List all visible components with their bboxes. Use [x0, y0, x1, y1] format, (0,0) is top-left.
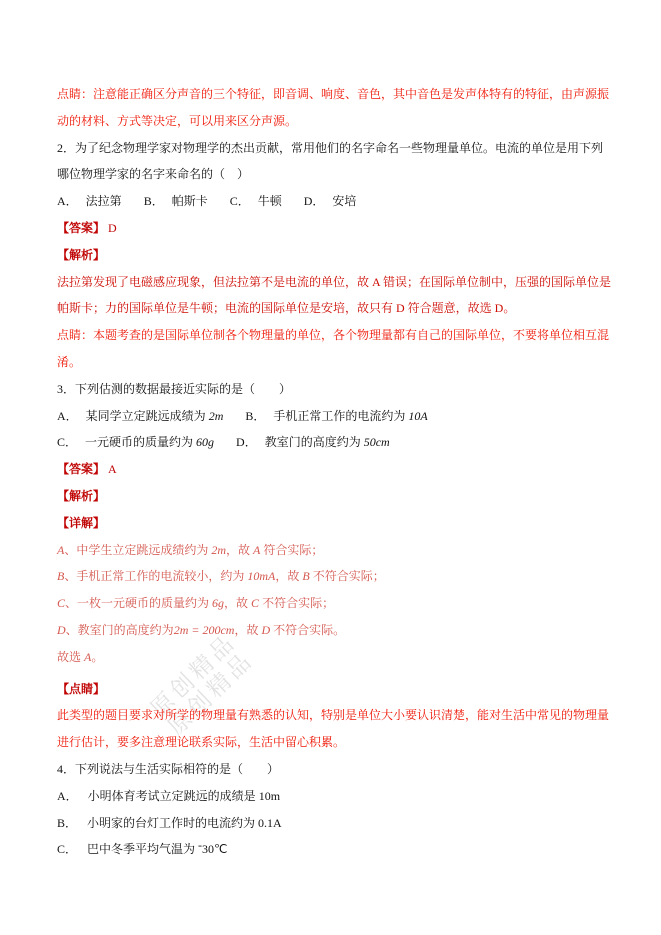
detail-text: 、一枚一元硬币的质量约为 — [65, 596, 212, 610]
detail-label: D — [57, 623, 66, 637]
option-label: C． — [230, 194, 250, 208]
q3-answer-line: 【答案】A — [57, 456, 614, 483]
detail-text: ，故 — [234, 623, 261, 637]
tip-marker: 【点睛】 — [57, 682, 105, 696]
option-value: 2m — [209, 409, 224, 423]
answer-value: D — [108, 221, 117, 235]
q2-option-a: A．法拉第 — [57, 188, 122, 215]
answer-marker: 【答案】 — [57, 221, 105, 235]
q3-detail-line-c: C、一枚一元硬币的质量约为 6g，故 C 不符合实际； — [57, 590, 614, 617]
q3-stem: 3．下列估测的数据最接近实际的是（ ） — [57, 376, 614, 403]
q3-detail-line-d: D、教室门的高度约为2m = 200cm，故 D 不符合实际。 — [57, 617, 614, 644]
option-text: 手机正常工作的电流约为 — [273, 409, 408, 423]
q4-option-c: C．巴中冬季平均气温为 -30℃ — [57, 836, 614, 863]
q3-detail-marker-line: 【详解】 — [57, 510, 614, 537]
answer-value: A — [108, 462, 117, 476]
option-label: A． — [57, 409, 78, 423]
option-value: -30℃ — [198, 838, 227, 856]
q2-tip-paragraph: 点睛：本题考查的是国际单位制各个物理量的单位，各个物理量都有自己的国际单位，不要… — [57, 322, 614, 376]
detail-text: 、手机正常工作的电流较小，约为 — [64, 569, 247, 583]
q4-stem: 4．下列说法与生活实际相符的是（ ） — [57, 756, 614, 783]
option-text: 安培 — [332, 194, 356, 208]
q3-tip-marker-line: 【点睛】 — [57, 676, 614, 703]
q2-option-d: D．安培 — [304, 188, 357, 215]
sound-tip-paragraph: 点睛：注意能正确区分声音的三个特征，即音调、响度、音色，其中音色是发声体特有的特… — [57, 81, 614, 135]
detail-text: ，故 — [275, 569, 302, 583]
option-value: 60g — [196, 435, 214, 449]
detail-value: 2m — [211, 543, 226, 557]
option-value: 50cm — [364, 435, 390, 449]
option-label: D． — [304, 194, 325, 208]
detail-text: 、教室门的高度约为 — [66, 623, 174, 637]
document-content: 点睛：注意能正确区分声音的三个特征，即音调、响度、音色，其中音色是发声体特有的特… — [57, 0, 614, 863]
detail-text: 不符合实际； — [310, 569, 385, 583]
detail-marker: 【详解】 — [57, 516, 105, 530]
q2-options-row: A．法拉第B．帕斯卡C．牛顿D．安培 — [57, 188, 614, 215]
detail-ref: C — [251, 596, 259, 610]
q3-analysis-marker-line: 【解析】 — [57, 483, 614, 510]
option-label: B． — [144, 194, 164, 208]
tip-text: 注意能正确区分声音的三个特征，即音调、响度、音色，其中音色是发声体特有的特征，由… — [57, 87, 609, 128]
option-value: 0.1A — [258, 816, 282, 830]
tip-text: 本题考查的是国际单位制各个物理量的单位，各个物理量都有自己的国际单位，不要将单位… — [57, 328, 609, 369]
detail-ref: D — [261, 623, 270, 637]
option-text: 小明体育考试立定跳远的成绩是 — [88, 789, 259, 803]
tip-label: 点睛： — [57, 87, 93, 101]
option-label: A． — [57, 194, 78, 208]
detail-label: C — [57, 596, 65, 610]
option-text: 一元硬币的质量约为 — [85, 435, 196, 449]
detail-text: 符合实际； — [260, 543, 323, 557]
q4-option-b: B．小明家的台灯工作时的电流约为 0.1A — [57, 810, 614, 837]
option-text: 某同学立定跳远成绩为 — [86, 409, 209, 423]
q2-analysis-text: 法拉第发现了电磁感应现象，但法拉第不是电流的单位，故 A 错误；在国际单位制中，… — [57, 269, 614, 323]
option-text: 帕斯卡 — [172, 194, 208, 208]
option-text: 牛顿 — [258, 194, 282, 208]
option-text: 巴中冬季平均气温为 — [87, 842, 198, 856]
q3-option-a: A．某同学立定跳远成绩为 2m — [57, 403, 223, 430]
detail-ref: B — [302, 569, 309, 583]
q3-option-c: C．一元硬币的质量约为 60g — [57, 429, 214, 456]
option-label: C． — [57, 842, 77, 856]
q3-conclusion-line: 故选 A。 — [57, 644, 614, 671]
minus-sign: - — [198, 838, 202, 852]
q3-detail-line-b: B、手机正常工作的电流较小，约为 10mA，故 B 不符合实际； — [57, 563, 614, 590]
detail-value: 6g — [212, 596, 224, 610]
detail-value: 10mA — [247, 569, 275, 583]
option-value: 10A — [408, 409, 427, 423]
option-label: B． — [245, 409, 265, 423]
answer-marker: 【答案】 — [57, 462, 105, 476]
q3-options-row-1: A．某同学立定跳远成绩为 2mB．手机正常工作的电流约为 10A — [57, 403, 614, 430]
analysis-marker: 【解析】 — [57, 489, 105, 503]
q2-analysis-marker-line: 【解析】 — [57, 242, 614, 269]
q2-option-b: B．帕斯卡 — [144, 188, 208, 215]
q3-option-b: B．手机正常工作的电流约为 10A — [245, 403, 427, 430]
detail-text: 不符合实际； — [259, 596, 334, 610]
analysis-marker: 【解析】 — [57, 248, 105, 262]
q3-tip-paragraph: 此类型的题目要求对所学的物理量有熟悉的认知，特别是单位大小要认识清楚，能对生活中… — [57, 702, 614, 756]
conclusion-text: 故选 — [57, 650, 84, 664]
option-label: B． — [57, 816, 77, 830]
q3-option-d: D．教室门的高度约为 50cm — [236, 429, 390, 456]
tip-label: 点睛： — [57, 328, 93, 342]
q2-option-c: C．牛顿 — [230, 188, 282, 215]
option-text: 法拉第 — [86, 194, 122, 208]
option-value: 10m — [259, 789, 280, 803]
q2-stem: 2．为了纪念物理学家对物理学的杰出贡献，常用他们的名字命名一些物理量单位。电流的… — [57, 135, 614, 189]
detail-text: 不符合实际。 — [270, 623, 345, 637]
option-label: D． — [236, 435, 257, 449]
option-value-number: 30℃ — [202, 842, 227, 856]
option-text: 教室门的高度约为 — [265, 435, 364, 449]
option-label: A． — [57, 789, 78, 803]
option-label: C． — [57, 435, 77, 449]
q3-detail-line-a: A、中学生立定跳远成绩约为 2m，故 A 符合实际； — [57, 537, 614, 564]
option-text: 小明家的台灯工作时的电流约为 — [87, 816, 258, 830]
q3-options-row-2: C．一元硬币的质量约为 60gD．教室门的高度约为 50cm — [57, 429, 614, 456]
q4-option-a: A．小明体育考试立定跳远的成绩是 10m — [57, 783, 614, 810]
q2-answer-line: 【答案】D — [57, 215, 614, 242]
detail-text: ，故 — [226, 543, 253, 557]
detail-text: ，故 — [224, 596, 251, 610]
detail-value: 2m = 200cm — [174, 623, 235, 637]
conclusion-text: 。 — [91, 650, 103, 664]
detail-text: 、中学生立定跳远成绩约为 — [64, 543, 211, 557]
